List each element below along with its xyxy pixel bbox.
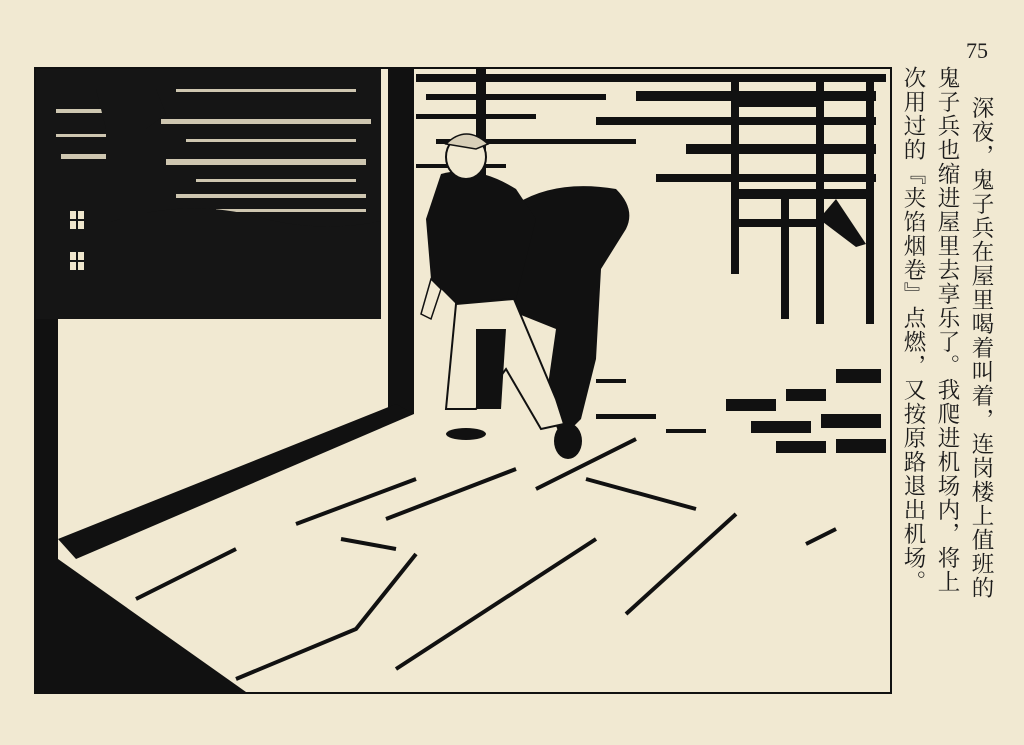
door-pillar <box>388 69 414 414</box>
illustration-panel <box>34 67 892 694</box>
page-number: 75 <box>966 38 988 64</box>
vertical-caption: 深夜，鬼子兵在屋里喝着叫着，连岗楼上值班的 鬼子兵也缩进屋里去享乐了。我爬进机场… <box>898 66 996 600</box>
night-background <box>36 69 391 319</box>
illustration-svg <box>36 69 890 692</box>
caption-line-2: 鬼子兵也缩进屋里去享乐了。我爬进机场内，将上 <box>932 66 962 600</box>
caption-line-3: 次用过的『夹馅烟卷』点燃，又按原路退出机场。 <box>898 66 928 600</box>
caption-line-1: 深夜，鬼子兵在屋里喝着叫着，连岗楼上值班的 <box>966 66 996 600</box>
